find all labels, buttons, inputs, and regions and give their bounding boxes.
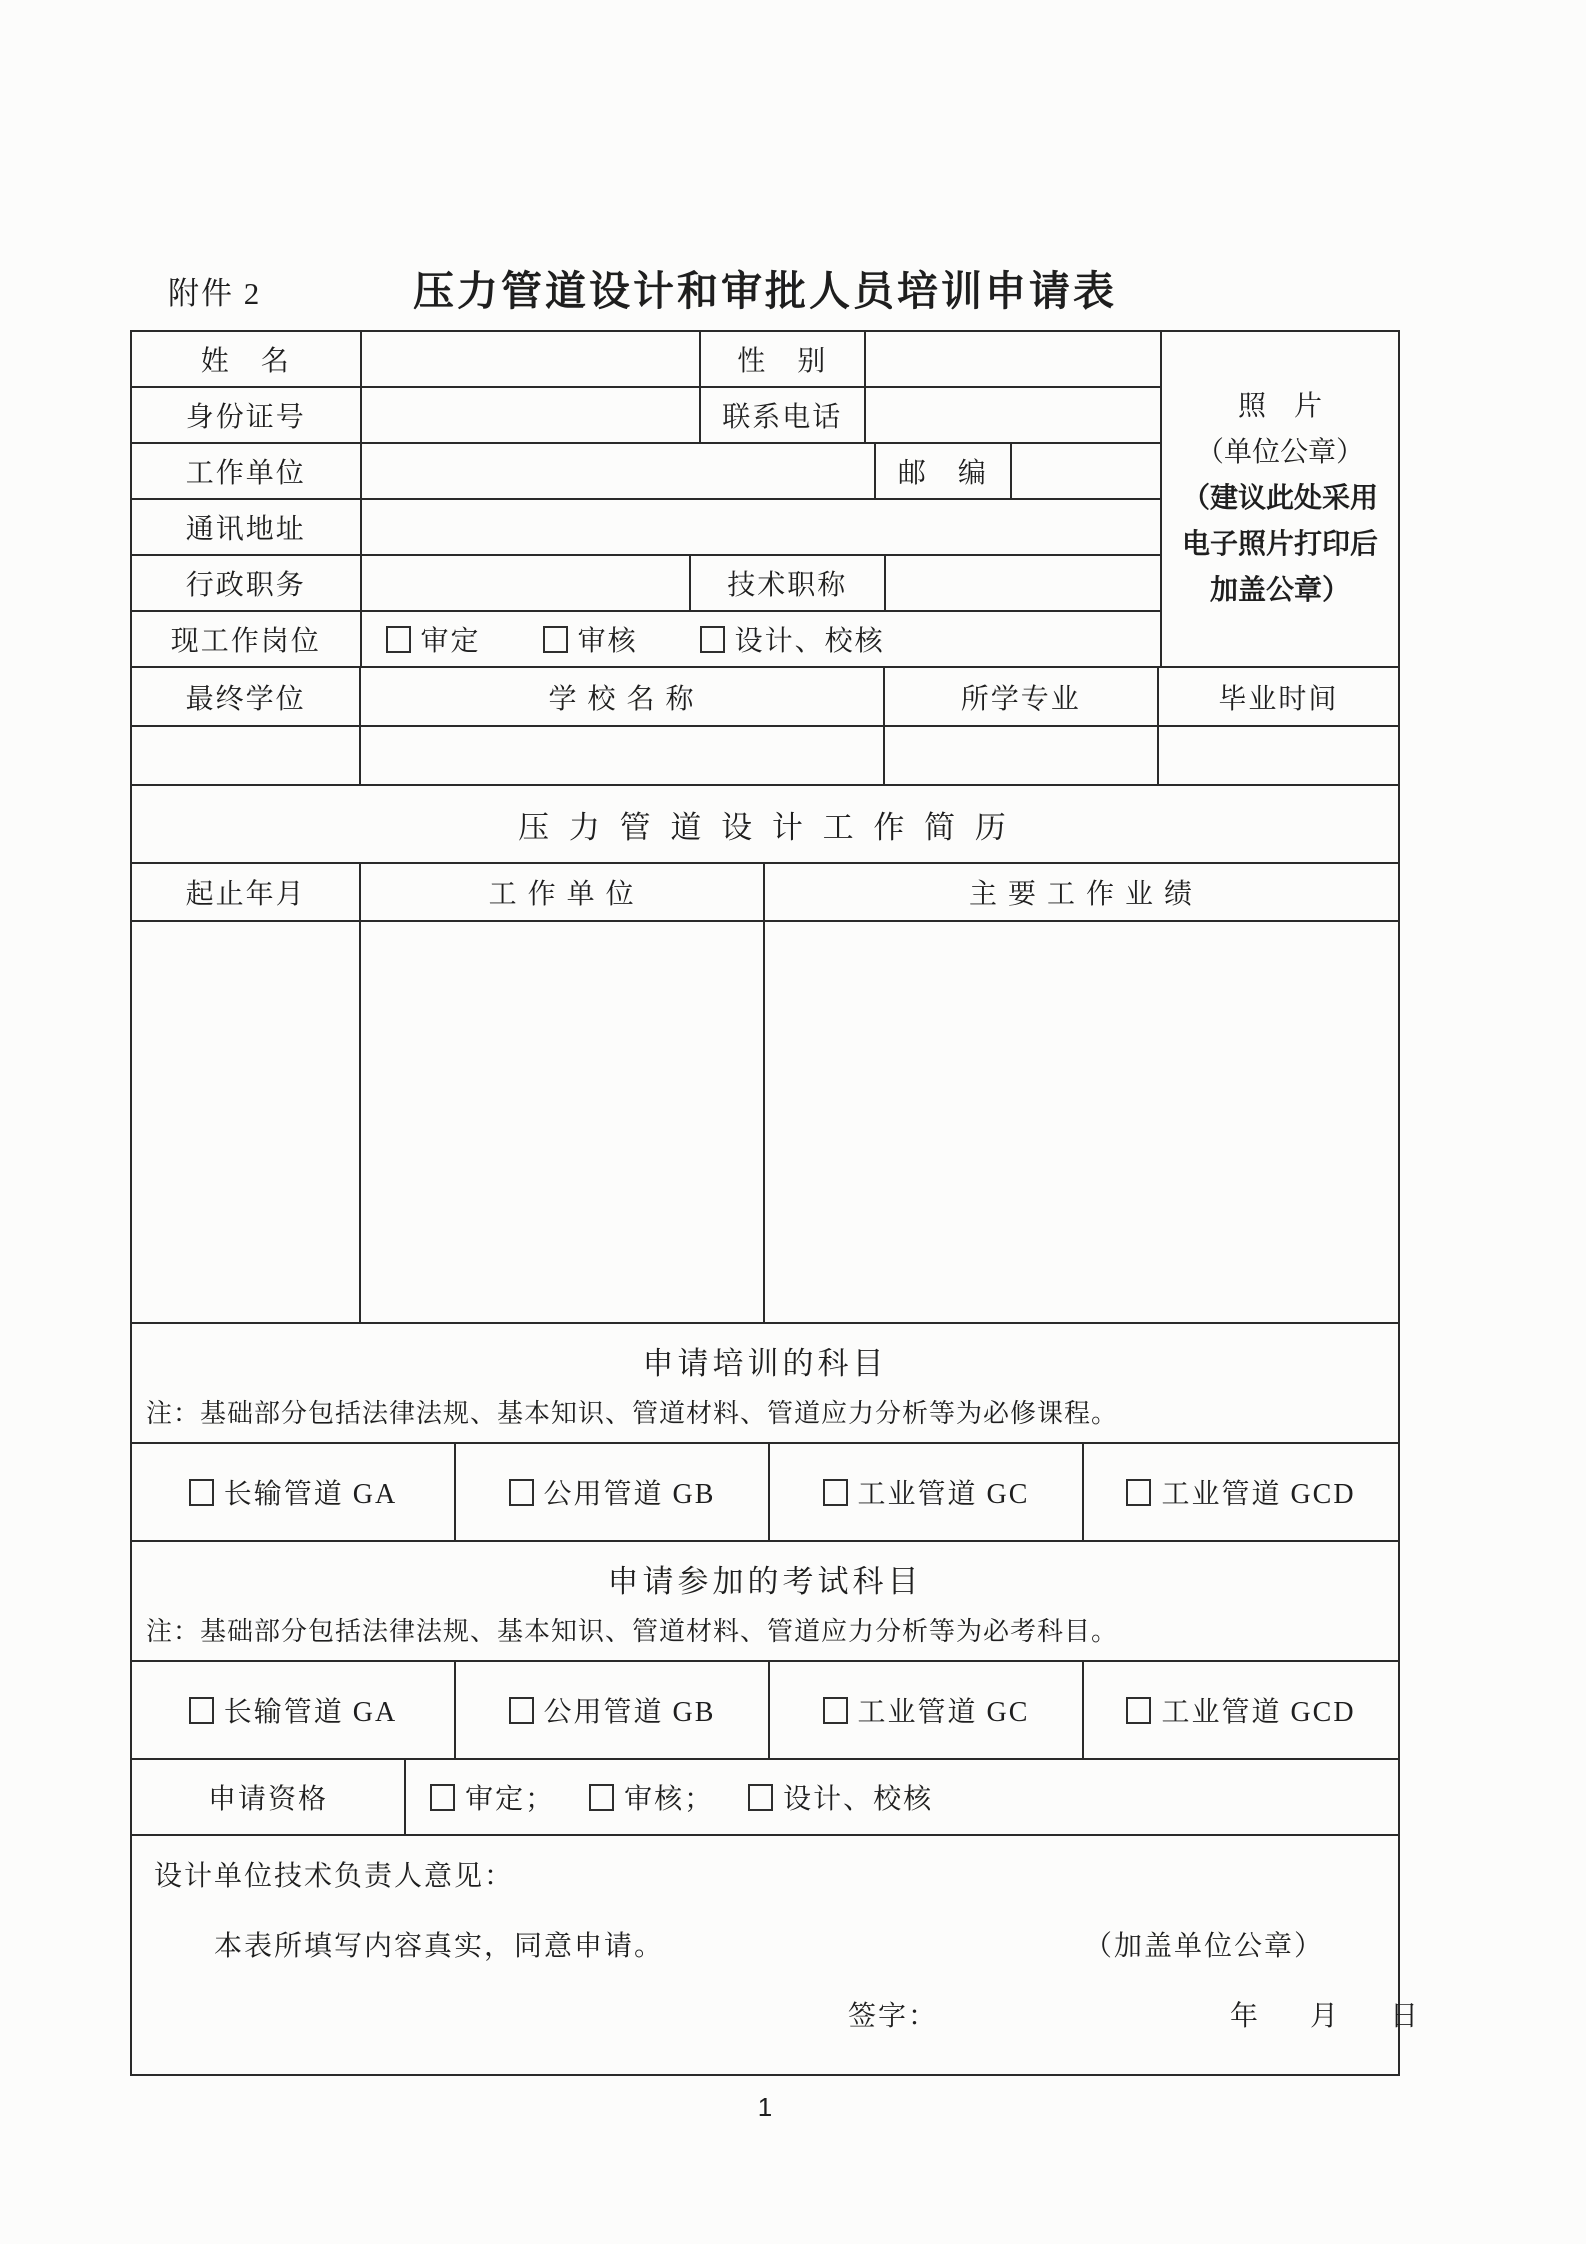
- row-position-title: 行政职务 技术职称: [132, 556, 1160, 612]
- exam-title: 申请参加的考试科目: [144, 1552, 1386, 1611]
- opinion-section-row: 设计单位技术负责人意见： 本表所填写内容真实，同意申请。 （加盖单位公章） 签字…: [132, 1836, 1398, 2074]
- checkbox-icon[interactable]: [543, 626, 568, 653]
- training-options-row: 长输管道 GA 公用管道 GB 工业管道 GC 工业管道 GCD: [132, 1444, 1398, 1542]
- tech-title-field[interactable]: [886, 556, 1160, 610]
- seal-note: （加盖单位公章）: [1084, 1924, 1324, 1964]
- job-option-shending[interactable]: 审定: [386, 619, 481, 659]
- achievement-label: 主 要 工 作 业 绩: [765, 864, 1398, 920]
- postal-code-field[interactable]: [1012, 444, 1160, 498]
- admin-position-field[interactable]: [362, 556, 691, 610]
- exam-note: 注：基础部分包括法律法规、基本知识、管道材料、管道应力分析等为必考科目。: [144, 1611, 1386, 1648]
- training-section-header: 申请培训的科目 注：基础部分包括法律法规、基本知识、管道材料、管道应力分析等为必…: [132, 1324, 1398, 1444]
- address-label: 通讯地址: [132, 500, 362, 554]
- exam-option-label: 公用管道 GB: [544, 1690, 716, 1730]
- gender-field[interactable]: [866, 332, 1160, 386]
- training-option-gc[interactable]: 工业管道 GC: [770, 1444, 1084, 1540]
- postal-code-label: 邮 编: [876, 444, 1013, 498]
- qual-option-label: 审核；: [624, 1777, 714, 1817]
- current-job-label: 现工作岗位: [132, 612, 362, 666]
- employer-field[interactable]: [362, 444, 876, 498]
- school-name-field[interactable]: [361, 727, 884, 784]
- row-employer-postal: 工作单位 邮 编: [132, 444, 1160, 500]
- checkbox-icon[interactable]: [386, 626, 411, 653]
- job-option-label: 审核: [578, 619, 638, 659]
- personal-info-section: 姓 名 性 别 身份证号 联系电话 工作单位 邮 编: [132, 332, 1398, 668]
- education-value-row: [132, 727, 1398, 786]
- exam-options-row: 长输管道 GA 公用管道 GB 工业管道 GC 工业管道 GCD: [132, 1662, 1398, 1760]
- opinion-title: 设计单位技术负责人意见：: [154, 1854, 514, 1894]
- address-field[interactable]: [362, 500, 1160, 554]
- checkbox-icon[interactable]: [700, 626, 725, 653]
- exam-section-header: 申请参加的考试科目 注：基础部分包括法律法规、基本知识、管道材料、管道应力分析等…: [132, 1542, 1398, 1662]
- checkbox-icon[interactable]: [189, 1697, 214, 1724]
- photo-seal-note: （单位公章）: [1196, 430, 1364, 476]
- checkbox-icon[interactable]: [430, 1784, 455, 1811]
- training-option-label: 公用管道 GB: [544, 1472, 716, 1512]
- training-option-label: 长输管道 GA: [224, 1472, 397, 1512]
- qual-option-label: 设计、校核: [783, 1777, 933, 1817]
- checkbox-icon[interactable]: [509, 1697, 534, 1724]
- current-job-options: 审定 审核 设计、校核: [362, 612, 1160, 666]
- exam-option-ga[interactable]: 长输管道 GA: [132, 1662, 456, 1758]
- gender-label: 性 别: [701, 332, 866, 386]
- qualification-label: 申请资格: [132, 1760, 406, 1834]
- qual-option-shenhe[interactable]: 审核；: [589, 1777, 714, 1817]
- wh-employer-label: 工 作 单 位: [361, 864, 765, 920]
- period-label: 起止年月: [132, 864, 361, 920]
- qual-option-sheji[interactable]: 设计、校核: [748, 1777, 933, 1817]
- application-form-table: 姓 名 性 别 身份证号 联系电话 工作单位 邮 编: [130, 330, 1400, 2076]
- job-option-label: 设计、校核: [735, 619, 885, 659]
- name-field[interactable]: [362, 332, 701, 386]
- checkbox-icon[interactable]: [1126, 1697, 1151, 1724]
- admin-position-label: 行政职务: [132, 556, 362, 610]
- name-label: 姓 名: [132, 332, 362, 386]
- page-number: 1: [130, 2092, 1400, 2123]
- training-option-label: 工业管道 GC: [858, 1472, 1030, 1512]
- row-id-phone: 身份证号 联系电话: [132, 388, 1160, 444]
- training-option-gcd[interactable]: 工业管道 GCD: [1084, 1444, 1398, 1540]
- photo-placeholder-cell: 照 片 （单位公章） （建议此处采用电子照片打印后加盖公章）: [1160, 332, 1398, 666]
- graduation-date-label: 毕业时间: [1159, 668, 1398, 725]
- opinion-statement: 本表所填写内容真实，同意申请。: [214, 1924, 664, 1964]
- qualification-row: 申请资格 审定； 审核； 设计、校核: [132, 1760, 1398, 1836]
- checkbox-icon[interactable]: [1126, 1479, 1151, 1506]
- page-title: 压力管道设计和审批人员培训申请表: [130, 258, 1400, 317]
- training-option-label: 工业管道 GCD: [1161, 1472, 1355, 1512]
- wh-employer-field[interactable]: [361, 922, 765, 1322]
- training-note: 注：基础部分包括法律法规、基本知识、管道材料、管道应力分析等为必修课程。: [144, 1393, 1386, 1430]
- training-option-gb[interactable]: 公用管道 GB: [456, 1444, 770, 1540]
- exam-option-gc[interactable]: 工业管道 GC: [770, 1662, 1084, 1758]
- employer-label: 工作单位: [132, 444, 362, 498]
- work-history-body-row: [132, 922, 1398, 1324]
- achievement-field[interactable]: [765, 922, 1398, 1322]
- exam-option-label: 工业管道 GCD: [1161, 1690, 1355, 1730]
- checkbox-icon[interactable]: [748, 1784, 773, 1811]
- major-label: 所学专业: [885, 668, 1159, 725]
- work-history-section-title: 压 力 管 道 设 计 工 作 简 历: [132, 786, 1398, 862]
- exam-option-label: 工业管道 GC: [858, 1690, 1030, 1730]
- photo-instruction: （建议此处采用电子照片打印后加盖公章）: [1176, 476, 1384, 615]
- degree-label: 最终学位: [132, 668, 361, 725]
- job-option-label: 审定: [421, 619, 481, 659]
- phone-field[interactable]: [866, 388, 1160, 442]
- checkbox-icon[interactable]: [823, 1697, 848, 1724]
- id-number-label: 身份证号: [132, 388, 362, 442]
- exam-option-gb[interactable]: 公用管道 GB: [456, 1662, 770, 1758]
- year-label: 年: [1230, 1994, 1258, 2034]
- opinion-section: 设计单位技术负责人意见： 本表所填写内容真实，同意申请。 （加盖单位公章） 签字…: [132, 1836, 1398, 2074]
- qualification-options: 审定； 审核； 设计、校核: [406, 1760, 1398, 1834]
- checkbox-icon[interactable]: [823, 1479, 848, 1506]
- checkbox-icon[interactable]: [509, 1479, 534, 1506]
- month-label: 月: [1310, 1994, 1338, 2034]
- school-name-label: 学 校 名 称: [361, 668, 884, 725]
- photo-label: 照 片: [1238, 384, 1322, 430]
- exam-option-label: 长输管道 GA: [224, 1690, 397, 1730]
- scanned-form-page: 附件 2 压力管道设计和审批人员培训申请表 姓 名 性 别 身份证号 联系电话: [0, 0, 1586, 2244]
- training-option-ga[interactable]: 长输管道 GA: [132, 1444, 456, 1540]
- checkbox-icon[interactable]: [189, 1479, 214, 1506]
- date-labels: 年 月 日: [1230, 1994, 1418, 2034]
- qual-option-shending[interactable]: 审定；: [430, 1777, 555, 1817]
- exam-option-gcd[interactable]: 工业管道 GCD: [1084, 1662, 1398, 1758]
- job-option-sheji[interactable]: 设计、校核: [700, 619, 885, 659]
- row-name-gender: 姓 名 性 别: [132, 332, 1160, 388]
- degree-field[interactable]: [132, 727, 361, 784]
- work-history-header-row: 起止年月 工 作 单 位 主 要 工 作 业 绩: [132, 864, 1398, 922]
- tech-title-label: 技术职称: [691, 556, 886, 610]
- work-history-title-row: 压 力 管 道 设 计 工 作 简 历: [132, 786, 1398, 864]
- job-option-shenhe[interactable]: 审核: [543, 619, 638, 659]
- qual-option-label: 审定；: [465, 1777, 555, 1817]
- row-current-job: 现工作岗位 审定 审核 设计、校核: [132, 612, 1160, 666]
- training-title: 申请培训的科目: [144, 1334, 1386, 1393]
- education-header-row: 最终学位 学 校 名 称 所学专业 毕业时间: [132, 668, 1398, 727]
- period-field[interactable]: [132, 922, 361, 1322]
- id-number-field[interactable]: [362, 388, 701, 442]
- row-address: 通讯地址: [132, 500, 1160, 556]
- phone-label: 联系电话: [701, 388, 866, 442]
- day-label: 日: [1390, 1994, 1418, 2034]
- graduation-date-field[interactable]: [1159, 727, 1398, 784]
- signature-label: 签字：: [848, 1994, 938, 2034]
- major-field[interactable]: [885, 727, 1159, 784]
- checkbox-icon[interactable]: [589, 1784, 614, 1811]
